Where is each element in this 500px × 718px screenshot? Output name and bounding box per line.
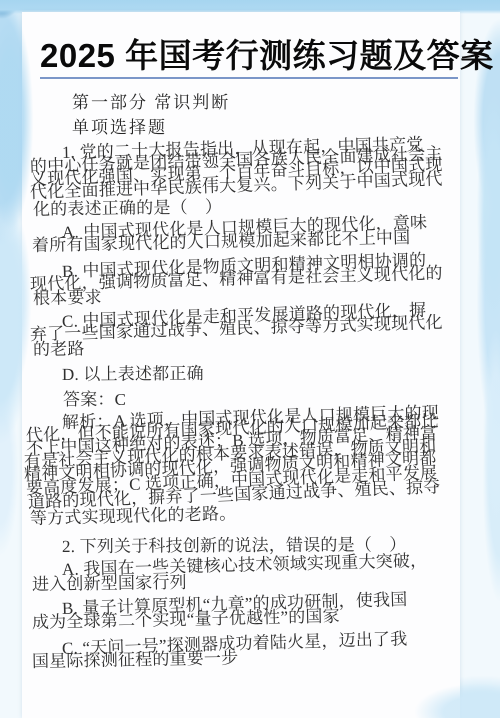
q1-analysis-line: 等方式实现现代化的老路。: [30, 505, 237, 528]
document-scan: 2025 年国考行测练习题及答案 第一部分 常识判断 单项选择题 1. 党的二十…: [0, 0, 500, 718]
q1-option-b-line: 根本要求: [33, 289, 102, 308]
page-content: 2025 年国考行测练习题及答案 第一部分 常识判断 单项选择题 1. 党的二十…: [0, 0, 500, 718]
part-heading: 第一部分 常识判断: [72, 94, 230, 112]
question-type-heading: 单项选择题: [72, 119, 167, 137]
q1-option-c-line: 的老路: [33, 340, 85, 359]
q1-stem-line: 化的表述正确的是（ ）: [33, 198, 222, 219]
title-underline: [40, 77, 458, 79]
q1-option-d-line: D. 以上表述都正确: [62, 365, 204, 384]
q2-option-a-line: 进入创新型国家行列: [32, 574, 187, 594]
q2-option-c-line: 国星际探测征程的重要一步: [32, 649, 239, 671]
page-title: 2025 年国考行测练习题及答案: [40, 30, 458, 77]
q1-answer: 答案：C: [63, 391, 126, 409]
q2-option-b-line: 成为全球第二个实现“量子优越性”的国家: [32, 608, 340, 632]
